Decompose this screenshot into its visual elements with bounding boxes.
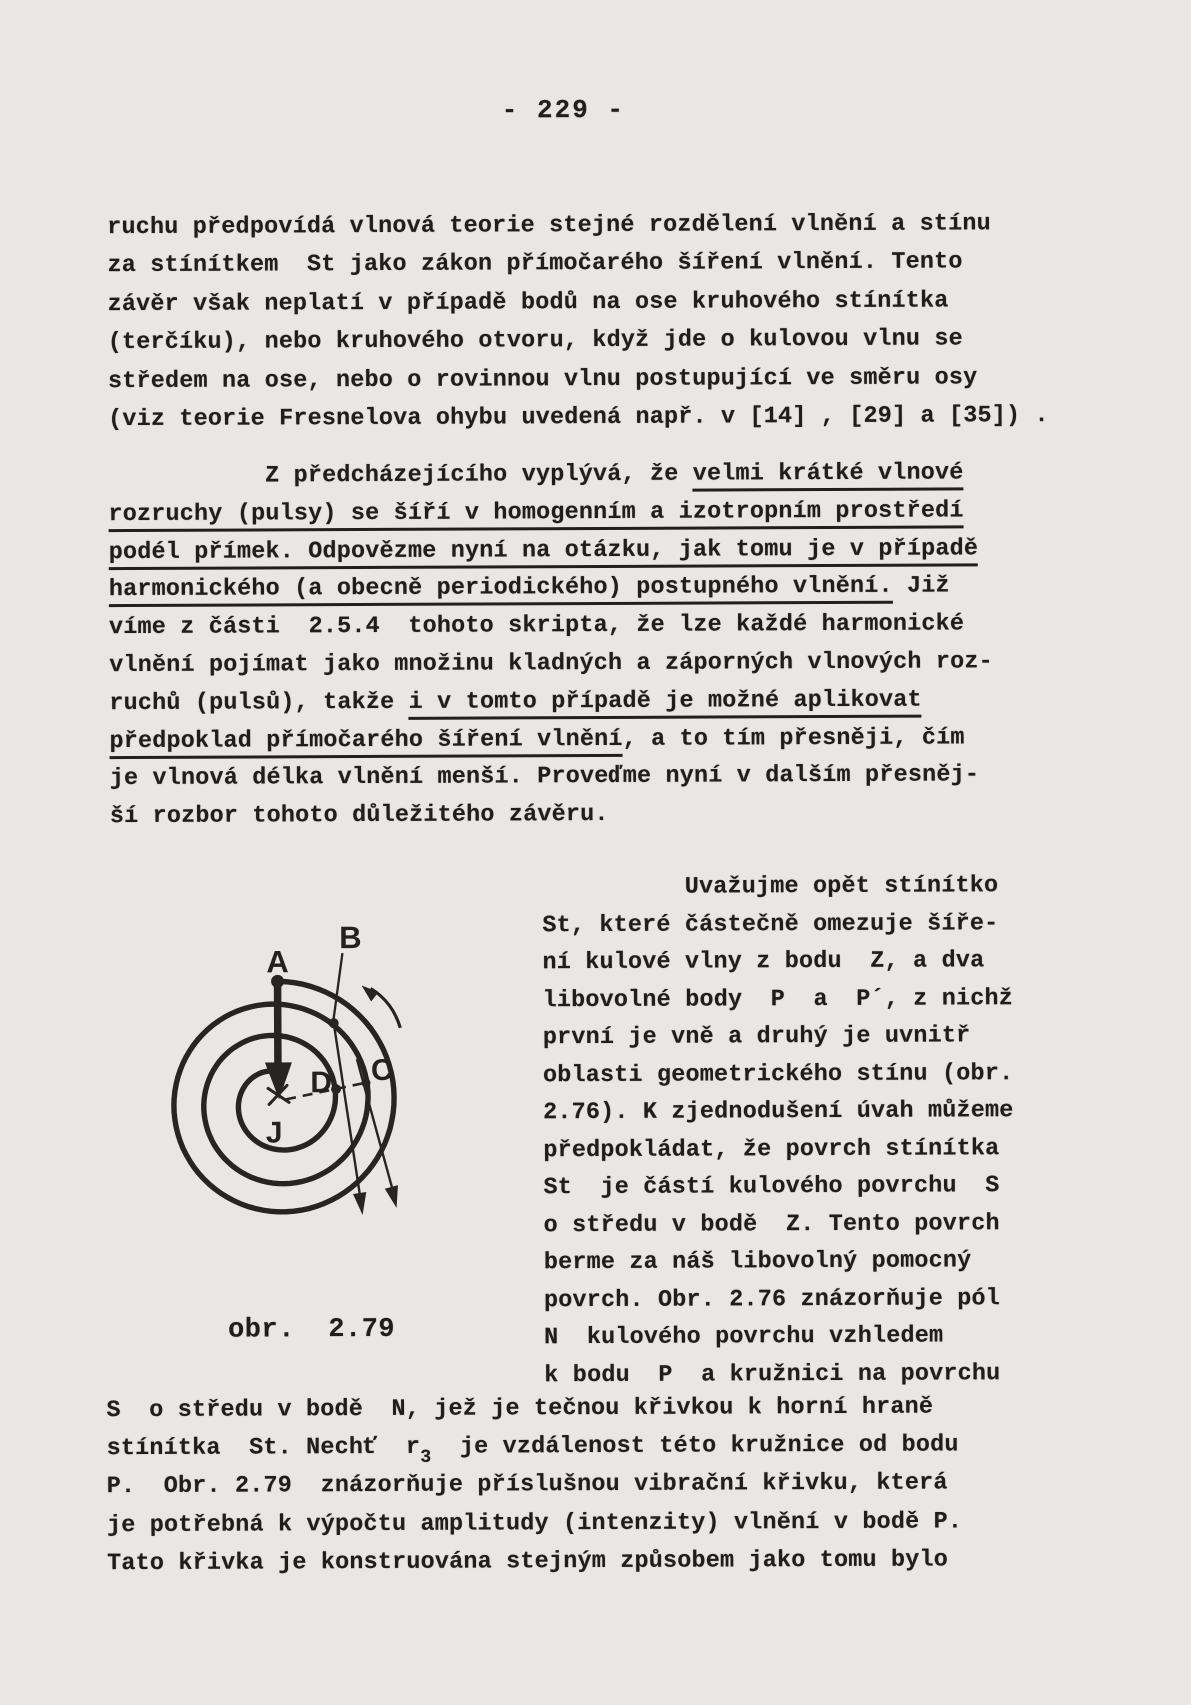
text-segment: předpoklad přímočarého šíření vlnění xyxy=(109,725,622,758)
text-segment: ruchů (pulsů), takže xyxy=(109,689,408,717)
spiral-curve xyxy=(173,981,394,1212)
text-line: libovolné body P a P´, z nichž xyxy=(543,985,1013,1025)
text-segment: předpokládat, že povrch stínítka xyxy=(543,1135,999,1164)
text-line: (terčíku), nebo kruhového otvoru, když j… xyxy=(108,325,1049,367)
paragraph-1: ruchu předpovídá vlnová teorie stejné ro… xyxy=(107,210,1049,444)
text-segment: Uvažujme opět stínítko xyxy=(542,872,998,901)
text-segment: k bodu P a kružnici na povrchu xyxy=(544,1360,1000,1389)
label-b: B xyxy=(339,920,362,955)
text-segment: , a to tím přesněji, čím xyxy=(623,724,965,752)
text-segment: (viz teorie Fresnelova ohybu uvedená nap… xyxy=(108,402,1049,433)
text-line: berme za náš libovolný pomocný xyxy=(544,1247,1014,1287)
right-column-paragraph: Uvažujme opět stínítkoSt, které částečně… xyxy=(542,872,1015,1399)
text-line: S o středu v bodě N, jež je tečnou křivk… xyxy=(106,1393,961,1435)
text-line: víme z části 2.5.4 tohoto skripta, že lz… xyxy=(109,610,993,652)
text-line: ruchu předpovídá vlnová teorie stejné ro… xyxy=(107,210,1048,252)
vibration-curve-figure: A B C D J xyxy=(130,890,532,1362)
text-segment: Z předcházejícího vyplývá, že xyxy=(108,461,692,491)
text-line: 2.76). K zjednodušení úvah můžeme xyxy=(543,1097,1013,1137)
text-line: podél přímek. Odpovězme nyní na otázku, … xyxy=(109,535,993,577)
text-segment: Již xyxy=(893,573,950,600)
text-segment: první je vně a druhý je uvnitř xyxy=(543,1022,971,1051)
text-segment: harmonického (a obecně periodického) pos… xyxy=(109,573,893,607)
text-line: oblasti geometrického stínu (obr. xyxy=(543,1060,1013,1100)
text-line: (viz teorie Fresnelova ohybu uvedená nap… xyxy=(108,402,1049,444)
text-line: harmonického (a obecně periodického) pos… xyxy=(109,573,993,615)
bottom-paragraph: S o středu v bodě N, jež je tečnou křivk… xyxy=(106,1393,962,1588)
text-line: předpokládat, že povrch stínítka xyxy=(543,1135,1013,1175)
amplitude-arrow xyxy=(265,983,293,1099)
text-segment: za stínítkem St jako zákon přímočarého š… xyxy=(107,249,962,280)
text-segment: je vzdálenost této kružnice od bodu xyxy=(431,1432,958,1461)
text-segment: ní kulové vlny z bodu Z, a dva xyxy=(542,947,984,976)
text-line: Tato křivka je konstruována stejným způs… xyxy=(107,1546,962,1588)
text-line: povrch. Obr. 2.76 znázorňuje pól xyxy=(544,1285,1014,1325)
text-segment: povrch. Obr. 2.76 znázorňuje pól xyxy=(544,1285,1000,1314)
text-line: ruchů (pulsů), takže i v tomto případě j… xyxy=(109,686,993,728)
text-line: P. Obr. 2.79 znázorňuje příslušnou vibra… xyxy=(107,1470,962,1512)
label-b-pointer-line xyxy=(332,953,342,1025)
text-segment: velmi krátké vlnové xyxy=(693,459,964,491)
text-line: vlnění pojímat jako množinu kladných a z… xyxy=(109,648,993,690)
text-segment: St, které částečně omezuje šíře- xyxy=(542,910,998,939)
page-content: - 229 - ruchu předpovídá vlnová teorie s… xyxy=(0,0,1191,1705)
paragraph-2: Z předcházejícího vyplývá, že velmi krát… xyxy=(108,459,993,841)
text-line: Uvažujme opět stínítko xyxy=(542,872,1012,912)
text-segment: berme za náš libovolný pomocný xyxy=(544,1247,972,1276)
text-line: předpoklad přímočarého šíření vlnění, a … xyxy=(109,724,993,766)
text-line: závěr však neplatí v případě bodů na ose… xyxy=(108,287,1049,329)
label-a: A xyxy=(266,944,289,979)
text-segment: závěr však neplatí v případě bodů na ose… xyxy=(108,287,949,318)
text-line: je vlnová délka vlnění menší. Proveďme n… xyxy=(110,762,994,804)
text-segment: o středu v bodě Z. Tento povrch xyxy=(544,1210,1000,1239)
scanned-page: - 229 - ruchu předpovídá vlnová teorie s… xyxy=(0,0,1191,1705)
figure-caption: obr. 2.79 xyxy=(228,1315,395,1346)
text-segment: podél přímek. Odpovězme nyní na otázku, … xyxy=(109,535,979,570)
text-line: Z předcházejícího vyplývá, že velmi krát… xyxy=(108,459,992,501)
text-segment: 3 xyxy=(420,1447,431,1468)
text-line: rozruchy (pulsy) se šíří v homogenním a … xyxy=(108,497,992,539)
text-segment: i v tomto případě je možné aplikovat xyxy=(409,686,922,719)
text-segment: je potřebná k výpočtu amplitudy (intenzi… xyxy=(107,1508,962,1539)
text-line: St je částí kulového povrchu S xyxy=(543,1172,1013,1212)
text-segment: oblasti geometrického stínu (obr. xyxy=(543,1060,1013,1089)
text-line: ní kulové vlny z bodu Z, a dva xyxy=(542,947,1012,987)
text-line: N kulového povrchu vzhledem xyxy=(544,1322,1014,1362)
text-segment: 2.76). K zjednodušení úvah můžeme xyxy=(543,1097,1013,1126)
text-segment: N kulového povrchu vzhledem xyxy=(544,1322,943,1351)
text-segment: vlnění pojímat jako množinu kladných a z… xyxy=(109,648,993,679)
label-j: J xyxy=(266,1116,283,1149)
text-segment: S o středu v bodě N, jež je tečnou křivk… xyxy=(106,1394,933,1425)
text-line: první je vně a druhý je uvnitř xyxy=(543,1022,1013,1062)
text-segment: (terčíku), nebo kruhového otvoru, když j… xyxy=(108,326,963,357)
text-segment: rozruchy (pulsy) se šíří v homogenním a … xyxy=(108,497,963,532)
text-segment: P. Obr. 2.79 znázorňuje příslušnou vibra… xyxy=(107,1470,948,1501)
text-segment: libovolné body P a P´, z nichž xyxy=(543,985,1013,1014)
point-d-dot xyxy=(331,1084,341,1094)
text-segment: ší rozbor tohoto důležitého závěru. xyxy=(110,801,609,830)
text-segment: ruchu předpovídá vlnová teorie stejné ro… xyxy=(107,210,991,241)
text-line: stínítka St. Nechť r3 je vzdálenost této… xyxy=(107,1432,962,1474)
text-segment: je vlnová délka vlnění menší. Proveďme n… xyxy=(110,762,980,793)
text-segment: stínítka St. Nechť r xyxy=(107,1434,421,1462)
text-segment: víme z části 2.5.4 tohoto skripta, že lz… xyxy=(109,611,964,642)
text-segment: St je částí kulového povrchu S xyxy=(543,1172,999,1201)
text-line: je potřebná k výpočtu amplitudy (intenzi… xyxy=(107,1508,962,1550)
text-line: ší rozbor tohoto důležitého závěru. xyxy=(110,799,994,841)
label-d: D xyxy=(310,1066,332,1099)
text-segment: středem na ose, nebo o rovinnou vlnu pos… xyxy=(108,364,978,395)
text-line: o středu v bodě Z. Tento povrch xyxy=(544,1210,1014,1250)
label-c: C xyxy=(371,1054,393,1087)
text-segment: Tato křivka je konstruována stejným způs… xyxy=(107,1546,948,1577)
text-line: St, které částečně omezuje šíře- xyxy=(542,910,1012,950)
page-number: - 229 - xyxy=(502,95,625,126)
text-line: za stínítkem St jako zákon přímočarého š… xyxy=(107,248,1048,290)
text-line: středem na ose, nebo o rovinnou vlnu pos… xyxy=(108,364,1049,406)
